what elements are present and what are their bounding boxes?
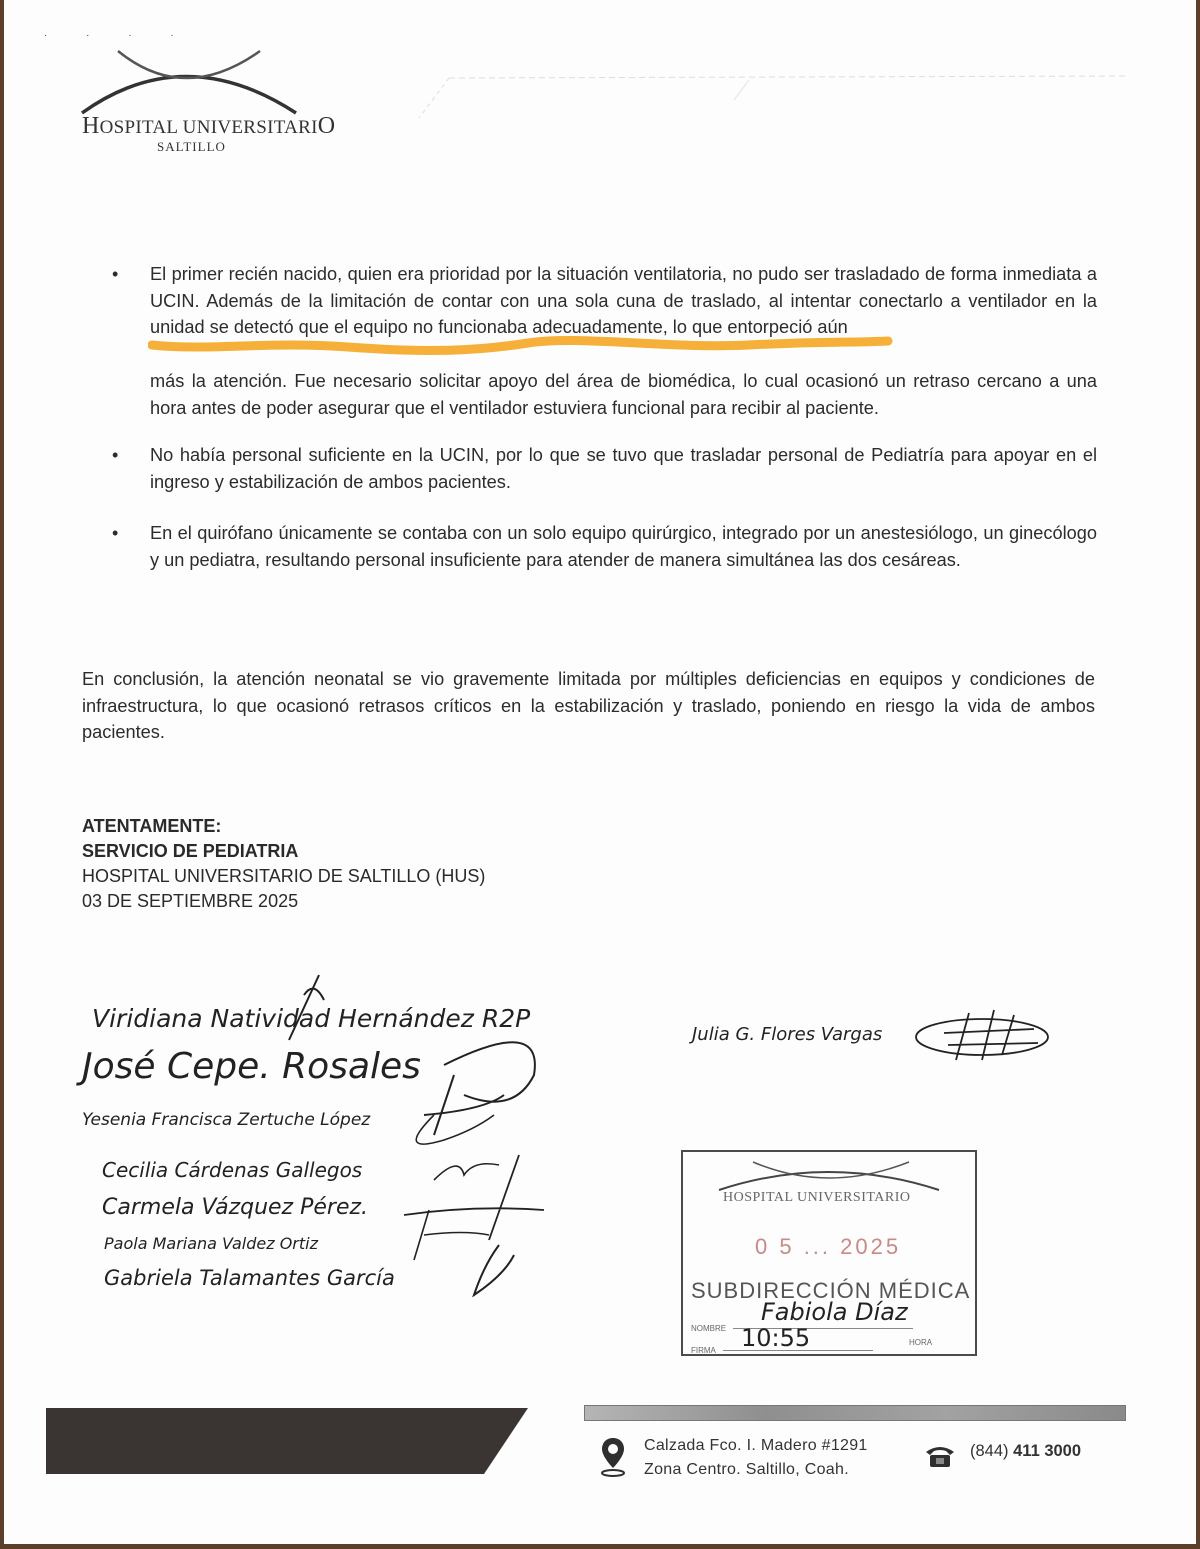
footer-gray-bar [584,1405,1126,1421]
stamp-signature-row: FIRMA [691,1340,716,1358]
signature-right-name: Julia G. Flores Vargas [692,1024,882,1045]
phone-number: 411 3000 [1013,1442,1081,1460]
bullet-3-text: En el quirófano únicamente se contaba co… [150,520,1097,573]
stamp-name-value: Fabiola Díaz [761,1298,908,1326]
hospital-city: SALTILLO [157,139,226,155]
address-line-1: Calzada Fco. I. Madero #1291 [644,1434,868,1458]
stamp-logo-icon [713,1160,943,1194]
location-pin-icon [600,1436,626,1478]
address-line-2: Zona Centro. Saltillo, Coah. [644,1458,868,1482]
hospital-name: HOSPITAL UNIVERSITARIO [82,113,335,140]
signature-right-scribble [914,1005,1054,1065]
closing-block: ATENTAMENTE: SERVICIO DE PEDIATRIA HOSPI… [82,814,485,914]
conclusion-paragraph: En conclusión, la atención neonatal se v… [82,666,1095,746]
bullet-item-1-continuation: más la atención. Fue necesario solicitar… [112,368,1097,421]
stamp-time-value: 10:55 [741,1324,810,1352]
stamp-date: 0 5 ... 2025 [755,1234,901,1260]
institution: HOSPITAL UNIVERSITARIO DE SALTILLO (HUS) [82,864,485,889]
stamp-org: HOSPITAL UNIVERSITARIO [723,1190,911,1206]
receipt-stamp: HOSPITAL UNIVERSITARIO 0 5 ... 2025 SUBD… [681,1150,977,1356]
bullet-item-2: • No había personal suficiente en la UCI… [112,442,1097,495]
document-page: · · · · HOSPITAL UNIVERSITARIO SALTILLO … [4,0,1196,1544]
footer-phone: (844) 411 3000 [970,1442,1081,1461]
telephone-icon [924,1444,956,1468]
letter-date: 03 DE SEPTIEMBRE 2025 [82,889,485,914]
scan-dots: · · · · [44,30,192,41]
bullet-icon: • [112,442,118,469]
highlighter-underline [148,333,898,357]
phone-area-code: (844) [970,1442,1009,1460]
signature-scribbles [244,965,564,1305]
salutation: ATENTAMENTE: [82,814,485,839]
stamp-name-label: NOMBRE [691,1324,726,1333]
stamp-signature-label: FIRMA [691,1346,716,1355]
faint-header-mark [409,68,1169,128]
bullet-icon: • [112,261,118,288]
stamp-hour-label: HORA [909,1338,932,1347]
bullet-1-continuation-text: más la atención. Fue necesario solicitar… [150,368,1097,421]
bullet-2-text: No había personal suficiente en la UCIN,… [150,442,1097,495]
bullet-item-1: • El primer recién nacido, quien era pri… [112,261,1097,341]
footer-dark-band [46,1408,528,1476]
footer-address: Calzada Fco. I. Madero #1291 Zona Centro… [644,1434,868,1482]
bullet-item-3: • En el quirófano únicamente se contaba … [112,520,1097,573]
department: SERVICIO DE PEDIATRIA [82,839,485,864]
bullet-icon: • [112,520,118,547]
